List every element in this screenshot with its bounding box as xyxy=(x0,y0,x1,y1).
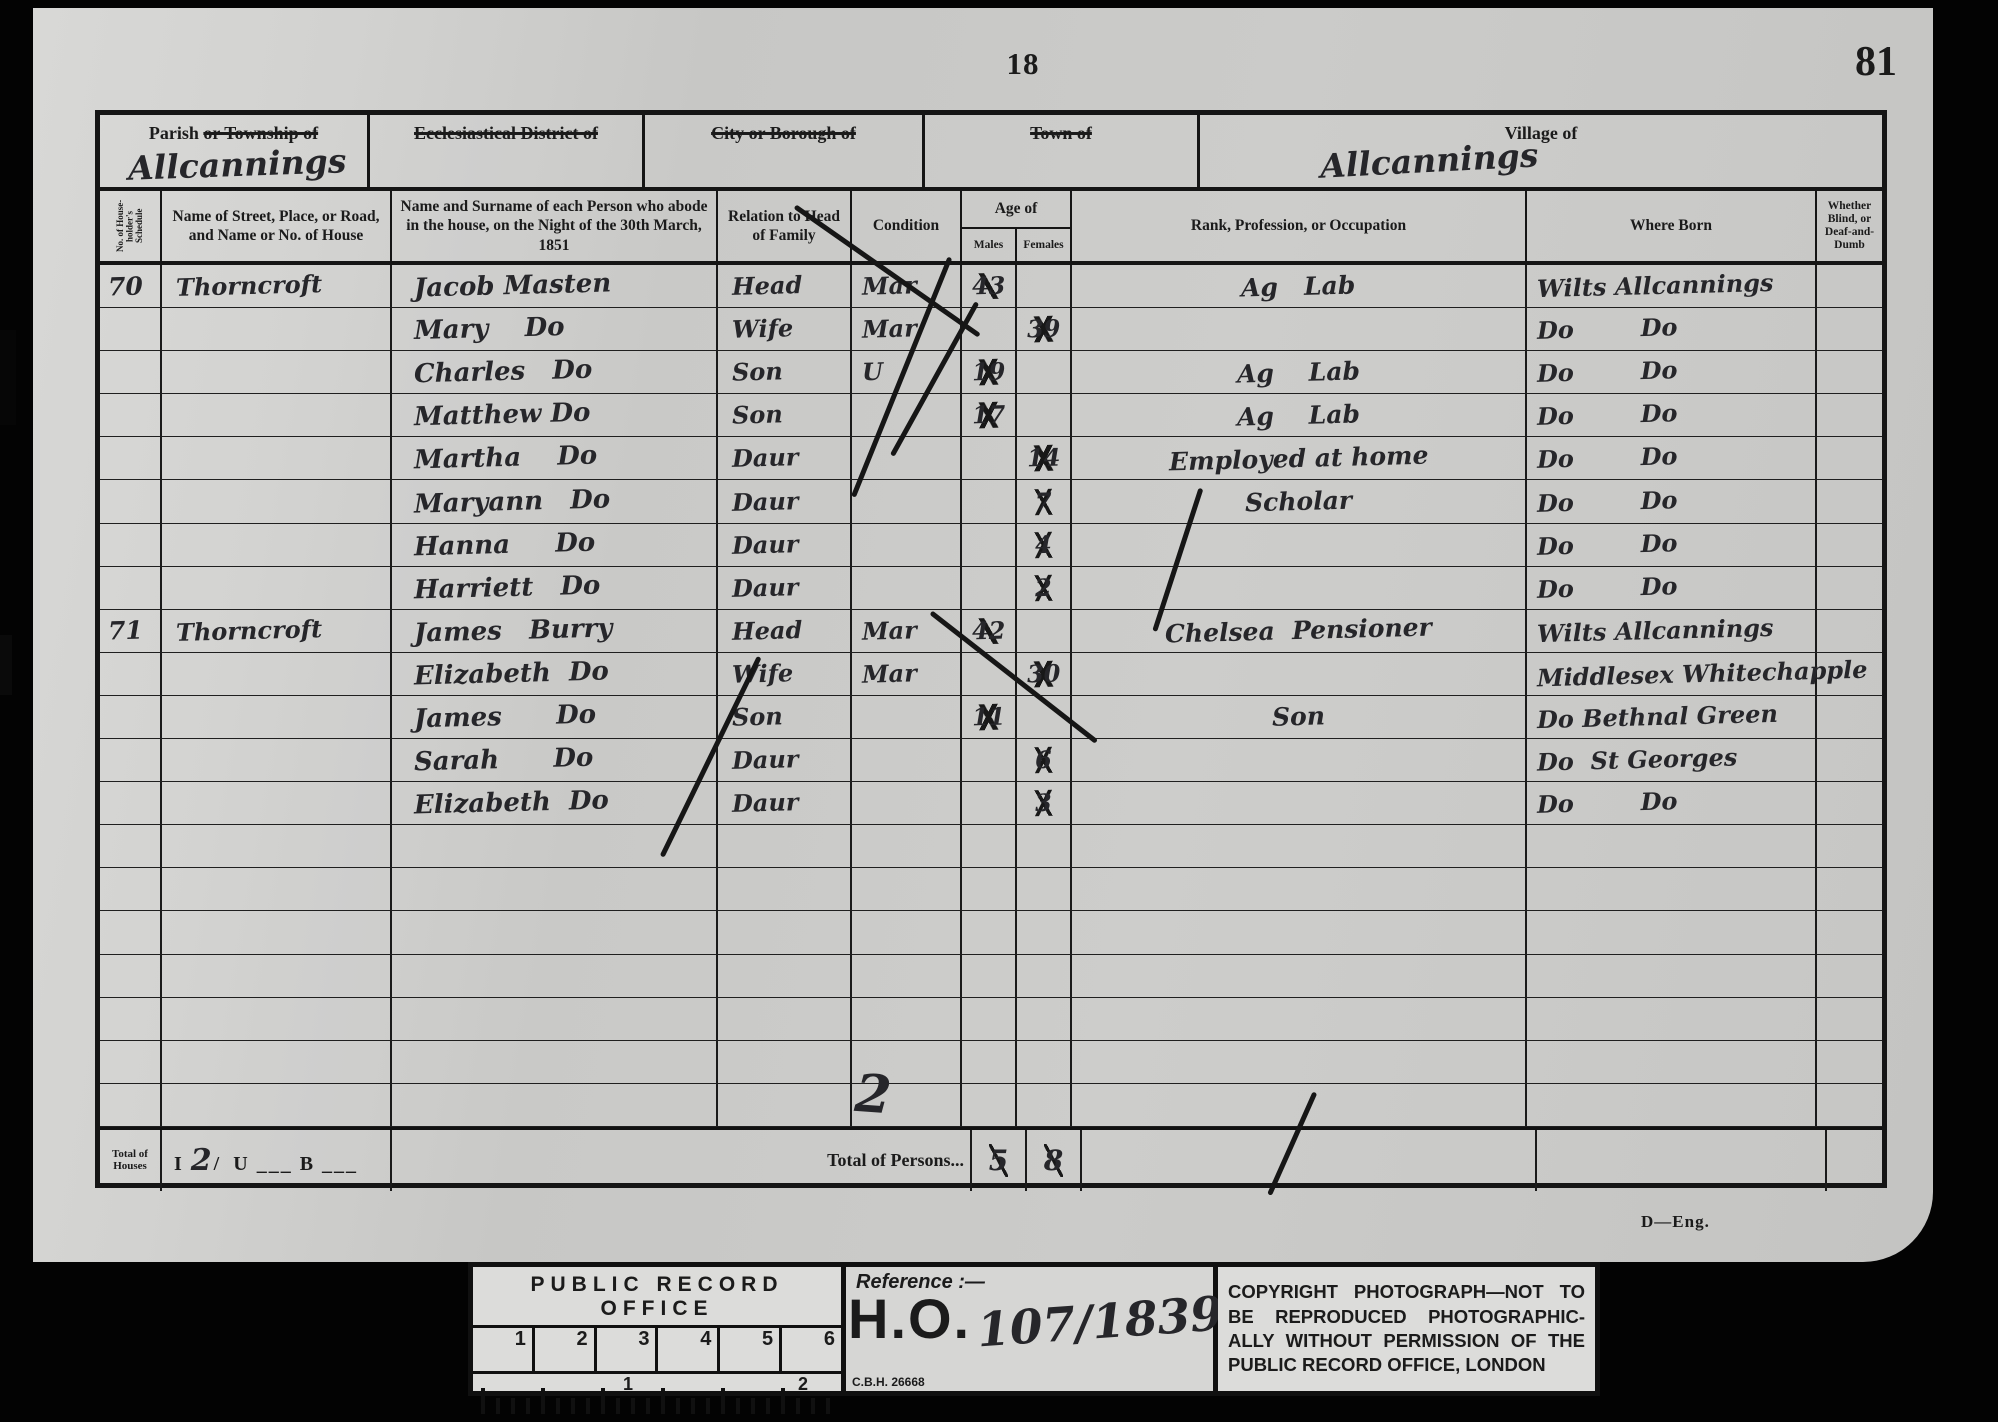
condition-cell xyxy=(852,782,962,824)
age-female-cell: 4 xyxy=(1017,524,1072,566)
schedule-number-cell xyxy=(100,653,162,695)
born-cell xyxy=(1527,998,1817,1040)
table-row xyxy=(100,868,1882,911)
col-street-header: Name of Street, Place, or Road, and Name… xyxy=(162,191,392,261)
relation-cell: Daur xyxy=(718,437,852,479)
blind-cell xyxy=(1817,782,1882,824)
condition-cell xyxy=(852,825,962,867)
age-male-cell: 17 xyxy=(962,394,1017,436)
age-male-cell xyxy=(962,567,1017,609)
relation-cell xyxy=(718,825,852,867)
born-cell: Do Do xyxy=(1527,437,1817,479)
relation-cell xyxy=(718,911,852,953)
totals-row: Total of Houses I 2/ U ___ B ___ Total o… xyxy=(100,1127,1882,1191)
occupation-cell xyxy=(1072,739,1527,781)
schedule-number-cell xyxy=(100,739,162,781)
age-male-cell: 19 xyxy=(962,351,1017,393)
town-cell: Town of xyxy=(925,115,1200,187)
schedule-number-cell xyxy=(100,567,162,609)
blind-cell xyxy=(1817,1041,1882,1083)
age-female-cell xyxy=(1017,911,1072,953)
totals-occupation-cell xyxy=(1082,1130,1537,1191)
schedule-number-cell xyxy=(100,955,162,997)
condition-cell xyxy=(852,567,962,609)
stray-handwritten-figure: 2 xyxy=(853,1063,893,1126)
born-cell: Do St Georges xyxy=(1527,739,1817,781)
ruler-tick xyxy=(781,1388,785,1414)
ruler-tick xyxy=(706,1398,710,1414)
ruler-half-inch-number: 1 xyxy=(623,1374,633,1395)
age-male-cell: 11 xyxy=(962,696,1017,738)
street-cell xyxy=(162,1041,392,1083)
age-female-cell xyxy=(1017,394,1072,436)
ecclesiastical-cell: Ecclesiastical District of xyxy=(370,115,645,187)
total-houses-label: Total of Houses xyxy=(100,1148,160,1172)
occupation-cell xyxy=(1072,911,1527,953)
schedule-number-cell xyxy=(100,524,162,566)
blind-cell xyxy=(1817,998,1882,1040)
born-cell: Middlesex Whitechapple xyxy=(1527,653,1817,695)
relation-cell: Daur xyxy=(718,567,852,609)
occupation-cell: Chelsea Pensioner xyxy=(1072,610,1527,652)
age-female-cell xyxy=(1017,955,1072,997)
person-name-cell xyxy=(392,1084,718,1126)
occupation-cell: Scholar xyxy=(1072,480,1527,522)
microfilm-frame: 18 81 Parish or Township of Allcannings … xyxy=(0,0,1998,1422)
age-female-cell xyxy=(1017,1041,1072,1083)
schedule-number-cell xyxy=(100,351,162,393)
born-cell: Do Do xyxy=(1527,480,1817,522)
blind-cell xyxy=(1817,308,1882,350)
ruler-tick xyxy=(721,1388,725,1414)
ruler-tick xyxy=(511,1398,515,1414)
age-male-cell xyxy=(962,1041,1017,1083)
col-relation-header: Relation to Head of Family xyxy=(718,191,852,261)
table-row xyxy=(100,955,1882,998)
age-male-cell xyxy=(962,524,1017,566)
table-row: Mary Do Wife Mar 39 Do Do xyxy=(100,308,1882,351)
table-row: 71 Thorncroft James Burry Head Mar 42 Ch… xyxy=(100,610,1882,653)
reference-number-handwritten: 107/1839 xyxy=(976,1286,1225,1358)
ruler-tick xyxy=(496,1398,500,1414)
occupation-cell: Ag Lab xyxy=(1072,351,1527,393)
schedule-number-cell xyxy=(100,696,162,738)
street-cell: Thorncroft xyxy=(162,610,392,652)
condition-cell xyxy=(852,524,962,566)
person-name-cell: Elizabeth Do xyxy=(392,653,718,695)
total-persons-label: Total of Persons... xyxy=(827,1150,964,1171)
printer-mark: D—Eng. xyxy=(1641,1212,1710,1232)
schedule-number-cell xyxy=(100,1084,162,1126)
total-females-cell: 8 xyxy=(1027,1130,1082,1191)
totals-blind-cell xyxy=(1827,1130,1882,1191)
table-row xyxy=(100,998,1882,1041)
city-borough-struck-text: City or Borough of xyxy=(711,123,856,143)
ruler-tick xyxy=(571,1398,575,1414)
schedule-number-cell xyxy=(100,998,162,1040)
age-male-cell xyxy=(962,998,1017,1040)
ruler-tick xyxy=(481,1388,485,1414)
ruler-tick xyxy=(646,1398,650,1414)
born-cell xyxy=(1527,1084,1817,1126)
age-female-cell xyxy=(1017,265,1072,307)
age-male-cell xyxy=(962,1084,1017,1126)
ruler-inch-scale: 123456 xyxy=(473,1328,841,1374)
age-female-cell: 39 xyxy=(1017,308,1072,350)
schedule-number-cell xyxy=(100,394,162,436)
blind-cell xyxy=(1817,610,1882,652)
relation-cell: Daur xyxy=(718,524,852,566)
street-cell xyxy=(162,825,392,867)
col-age-header: Age of Males Females xyxy=(962,191,1072,261)
relation-cell xyxy=(718,998,852,1040)
blind-cell xyxy=(1817,351,1882,393)
film-frame-number: 18 xyxy=(973,46,1073,82)
relation-cell: Wife xyxy=(718,653,852,695)
street-cell xyxy=(162,782,392,824)
person-name-cell: Matthew Do xyxy=(392,394,718,436)
street-cell xyxy=(162,351,392,393)
street-cell xyxy=(162,739,392,781)
age-male-cell xyxy=(962,437,1017,479)
folio-number: 81 xyxy=(1855,38,1897,86)
occupation-cell xyxy=(1072,524,1527,566)
street-cell xyxy=(162,567,392,609)
total-houses-line: I 2/ U ___ B ___ xyxy=(174,1143,358,1178)
parish-cell: Parish or Township of Allcannings xyxy=(100,115,370,187)
ruler-inch-number: 2 xyxy=(535,1328,597,1371)
street-cell xyxy=(162,696,392,738)
born-cell: Do Do xyxy=(1527,394,1817,436)
blind-cell xyxy=(1817,394,1882,436)
ruler-tick xyxy=(736,1398,740,1414)
street-cell xyxy=(162,911,392,953)
age-female-cell: 7 xyxy=(1017,480,1072,522)
age-male-cell xyxy=(962,955,1017,997)
schedule-number-cell xyxy=(100,782,162,824)
born-cell xyxy=(1527,955,1817,997)
born-cell: Wilts Allcannings xyxy=(1527,610,1817,652)
schedule-number-cell xyxy=(100,1041,162,1083)
relation-cell: Daur xyxy=(718,480,852,522)
relation-cell: Daur xyxy=(718,782,852,824)
ruler-tick xyxy=(691,1398,695,1414)
occupation-cell xyxy=(1072,868,1527,910)
age-female-cell: 2 xyxy=(1017,567,1072,609)
born-cell: Do Do xyxy=(1527,308,1817,350)
person-name-cell xyxy=(392,868,718,910)
person-name-cell xyxy=(392,998,718,1040)
total-houses-label-cell: Total of Houses xyxy=(100,1130,162,1191)
ruler-inch-number: 3 xyxy=(597,1328,659,1371)
table-row: Matthew Do Son 17 Ag Lab Do Do xyxy=(100,394,1882,437)
age-male-cell xyxy=(962,480,1017,522)
schedule-number-cell xyxy=(100,911,162,953)
blind-cell xyxy=(1817,739,1882,781)
parish-label: Parish xyxy=(149,123,204,143)
ruler-half-inch-number: 2 xyxy=(798,1374,808,1395)
blind-cell xyxy=(1817,524,1882,566)
ruler-tick xyxy=(586,1398,590,1414)
table-row: Harriett Do Daur 2 Do Do xyxy=(100,567,1882,610)
condition-cell xyxy=(852,480,962,522)
relation-cell: Daur xyxy=(718,739,852,781)
born-cell: Do Do xyxy=(1527,567,1817,609)
ruler-tick xyxy=(796,1398,800,1414)
occupation-cell xyxy=(1072,955,1527,997)
relation-cell xyxy=(718,1041,852,1083)
ruler-inch-number: 6 xyxy=(782,1328,841,1371)
blind-cell xyxy=(1817,825,1882,867)
age-of-label: Age of xyxy=(962,191,1070,229)
born-cell: Wilts Allcannings xyxy=(1527,265,1817,307)
col-born-header: Where Born xyxy=(1527,191,1817,261)
age-male-cell xyxy=(962,739,1017,781)
table-row: Sarah Do Daur 6 Do St Georges xyxy=(100,739,1882,782)
age-female-cell xyxy=(1017,998,1072,1040)
street-cell xyxy=(162,480,392,522)
ruler-tick xyxy=(766,1398,770,1414)
total-females-value: 8 xyxy=(1044,1144,1063,1177)
film-edge-artifact xyxy=(0,330,16,425)
females-label: Females xyxy=(1017,229,1070,261)
occupation-cell: Son xyxy=(1072,696,1527,738)
ruler-tick xyxy=(676,1398,680,1414)
total-males-cell: 5 xyxy=(972,1130,1027,1191)
city-borough-cell: City or Borough of xyxy=(645,115,925,187)
census-table: Parish or Township of Allcannings Eccles… xyxy=(95,110,1887,1188)
village-label: Village of xyxy=(1200,123,1882,144)
table-row xyxy=(100,1041,1882,1084)
blind-cell xyxy=(1817,911,1882,953)
schedule-number-cell xyxy=(100,437,162,479)
ruler-tick-scale: 12 xyxy=(473,1374,841,1420)
person-name-cell xyxy=(392,1041,718,1083)
blind-cell xyxy=(1817,1084,1882,1126)
person-name-cell: Harriett Do xyxy=(392,567,718,609)
total-males-value: 5 xyxy=(989,1144,1008,1177)
schedule-number-cell: 70 xyxy=(100,265,162,307)
person-name-cell: Sarah Do xyxy=(392,739,718,781)
born-cell xyxy=(1527,1041,1817,1083)
occupation-cell: Employed at home xyxy=(1072,437,1527,479)
street-cell xyxy=(162,868,392,910)
age-female-cell xyxy=(1017,351,1072,393)
ruler-tick xyxy=(601,1388,605,1414)
table-row: 70 Thorncroft Jacob Masten Head Mar 43 A… xyxy=(100,265,1882,308)
occupation-cell xyxy=(1072,825,1527,867)
reference-stamp: Reference :— H.O. 107/1839 C.B.H. 26668 xyxy=(846,1262,1218,1396)
table-row: James Do Son 11 Son Do Bethnal Green xyxy=(100,696,1882,739)
census-page: 18 81 Parish or Township of Allcannings … xyxy=(33,8,1933,1262)
person-name-cell: James Do xyxy=(392,696,718,738)
occupation-cell xyxy=(1072,998,1527,1040)
age-male-cell xyxy=(962,782,1017,824)
occupation-cell xyxy=(1072,567,1527,609)
person-name-cell: James Burry xyxy=(392,610,718,652)
location-header-row: Parish or Township of Allcannings Eccles… xyxy=(100,115,1882,191)
street-cell xyxy=(162,394,392,436)
reference-prefix: H.O. xyxy=(848,1294,971,1344)
ruler-tick xyxy=(631,1398,635,1414)
street-cell xyxy=(162,524,392,566)
age-male-cell xyxy=(962,911,1017,953)
schedule-header-text: No. of House-holder's Schedule xyxy=(116,193,144,259)
schedule-number-cell xyxy=(100,868,162,910)
copyright-text: COPYRIGHT PHOTOGRAPH—NOT TO BE REPRODUCE… xyxy=(1218,1280,1595,1378)
person-name-cell xyxy=(392,955,718,997)
age-male-cell: 43 xyxy=(962,265,1017,307)
condition-cell xyxy=(852,739,962,781)
relation-cell: Son xyxy=(718,394,852,436)
ruler-inch-number: 4 xyxy=(658,1328,720,1371)
col-blind-header: Whether Blind, or Deaf-and-Dumb xyxy=(1817,191,1882,261)
condition-cell xyxy=(852,911,962,953)
street-cell xyxy=(162,955,392,997)
ruler-tick xyxy=(826,1398,830,1414)
born-cell xyxy=(1527,825,1817,867)
blind-cell xyxy=(1817,696,1882,738)
entries-section: 70 Thorncroft Jacob Masten Head Mar 43 A… xyxy=(100,265,1882,1127)
condition-cell: Mar xyxy=(852,610,962,652)
age-female-cell xyxy=(1017,1084,1072,1126)
person-name-cell: Hanna Do xyxy=(392,524,718,566)
condition-cell xyxy=(852,955,962,997)
schedule-number-cell xyxy=(100,480,162,522)
street-cell xyxy=(162,1084,392,1126)
total-houses-value-cell: I 2/ U ___ B ___ xyxy=(162,1130,392,1191)
public-record-office-stamp: PUBLIC RECORD OFFICE 123456 12 xyxy=(468,1262,846,1396)
schedule-number-cell xyxy=(100,825,162,867)
relation-cell: Son xyxy=(718,351,852,393)
village-cell: Village of Allcannings xyxy=(1200,115,1882,187)
born-cell: Do Do xyxy=(1527,524,1817,566)
total-houses-handwritten: 2 xyxy=(191,1143,214,1178)
age-female-cell xyxy=(1017,868,1072,910)
ruler-tick xyxy=(616,1398,620,1414)
born-cell xyxy=(1527,911,1817,953)
archive-stamp-strip: PUBLIC RECORD OFFICE 123456 12 Reference… xyxy=(468,1262,1600,1396)
relation-cell: Wife xyxy=(718,308,852,350)
blind-cell xyxy=(1817,265,1882,307)
relation-cell xyxy=(718,955,852,997)
table-row: Elizabeth Do Daur 3 Do Do xyxy=(100,782,1882,825)
age-male-cell xyxy=(962,868,1017,910)
col-name-header: Name and Surname of each Person who abod… xyxy=(392,191,718,261)
person-name-cell: Jacob Masten xyxy=(392,265,718,307)
born-cell: Do Bethnal Green xyxy=(1527,696,1817,738)
street-cell: Thorncroft xyxy=(162,265,392,307)
age-female-cell: 3 xyxy=(1017,782,1072,824)
blind-cell xyxy=(1817,868,1882,910)
pro-title: PUBLIC RECORD OFFICE xyxy=(473,1273,841,1328)
born-cell xyxy=(1527,868,1817,910)
town-struck-text: Town of xyxy=(1030,123,1092,143)
age-female-cell xyxy=(1017,825,1072,867)
person-name-cell: Martha Do xyxy=(392,437,718,479)
table-row: Charles Do Son U 19 Ag Lab Do Do xyxy=(100,351,1882,394)
occupation-cell xyxy=(1072,1041,1527,1083)
table-row xyxy=(100,825,1882,868)
relation-cell xyxy=(718,1084,852,1126)
relation-cell xyxy=(718,868,852,910)
reference-serial: C.B.H. 26668 xyxy=(852,1375,925,1389)
blind-cell xyxy=(1817,437,1882,479)
condition-cell xyxy=(852,868,962,910)
born-cell: Do Do xyxy=(1527,782,1817,824)
schedule-number-cell xyxy=(100,308,162,350)
person-name-cell: Elizabeth Do xyxy=(392,782,718,824)
table-row: Hanna Do Daur 4 Do Do xyxy=(100,524,1882,567)
parish-value-handwritten: Allcannings xyxy=(127,141,347,188)
age-male-cell xyxy=(962,825,1017,867)
copyright-stamp: COPYRIGHT PHOTOGRAPH—NOT TO BE REPRODUCE… xyxy=(1218,1262,1600,1396)
age-female-cell: 6 xyxy=(1017,739,1072,781)
age-female-cell xyxy=(1017,610,1072,652)
parish-struck-text: or Township of xyxy=(203,123,318,143)
total-persons-label-cell: Total of Persons... xyxy=(392,1130,972,1191)
col-schedule-header: No. of House-holder's Schedule xyxy=(100,191,162,261)
schedule-number-cell: 71 xyxy=(100,610,162,652)
males-label: Males xyxy=(962,229,1017,261)
totals-born-cell xyxy=(1537,1130,1827,1191)
ruler-tick xyxy=(661,1388,665,1414)
condition-cell xyxy=(852,696,962,738)
col-condition-header: Condition xyxy=(852,191,962,261)
street-cell xyxy=(162,308,392,350)
street-cell xyxy=(162,437,392,479)
occupation-cell xyxy=(1072,653,1527,695)
born-cell: Do Do xyxy=(1527,351,1817,393)
occupation-cell: Ag Lab xyxy=(1072,265,1527,307)
person-name-cell: Mary Do xyxy=(392,308,718,350)
blind-cell xyxy=(1817,567,1882,609)
ruler-tick xyxy=(751,1398,755,1414)
street-cell xyxy=(162,653,392,695)
blind-cell xyxy=(1817,955,1882,997)
ruler-tick xyxy=(541,1388,545,1414)
blind-cell xyxy=(1817,480,1882,522)
occupation-cell: Ag Lab xyxy=(1072,394,1527,436)
age-female-cell: 14 xyxy=(1017,437,1072,479)
ecclesiastical-struck-text: Ecclesiastical District of xyxy=(414,123,598,143)
relation-cell: Head xyxy=(718,610,852,652)
person-name-cell: Maryann Do xyxy=(392,480,718,522)
condition-cell xyxy=(852,998,962,1040)
table-row: Maryann Do Daur 7 Scholar Do Do xyxy=(100,480,1882,523)
ruler-inch-number: 5 xyxy=(720,1328,782,1371)
condition-cell: Mar xyxy=(852,653,962,695)
relation-cell: Head xyxy=(718,265,852,307)
column-header-row: No. of House-holder's Schedule Name of S… xyxy=(100,191,1882,265)
ruler-inch-number: 1 xyxy=(473,1328,535,1371)
table-row: Martha Do Daur 14 Employed at home Do Do xyxy=(100,437,1882,480)
col-occupation-header: Rank, Profession, or Occupation xyxy=(1072,191,1527,261)
person-name-cell: Charles Do xyxy=(392,351,718,393)
film-edge-artifact xyxy=(0,635,12,695)
occupation-cell xyxy=(1072,782,1527,824)
occupation-cell xyxy=(1072,308,1527,350)
ruler-tick xyxy=(556,1398,560,1414)
ruler-tick xyxy=(526,1398,530,1414)
street-cell xyxy=(162,998,392,1040)
person-name-cell xyxy=(392,911,718,953)
table-row xyxy=(100,1084,1882,1127)
ruler-tick xyxy=(811,1398,815,1414)
table-row xyxy=(100,911,1882,954)
